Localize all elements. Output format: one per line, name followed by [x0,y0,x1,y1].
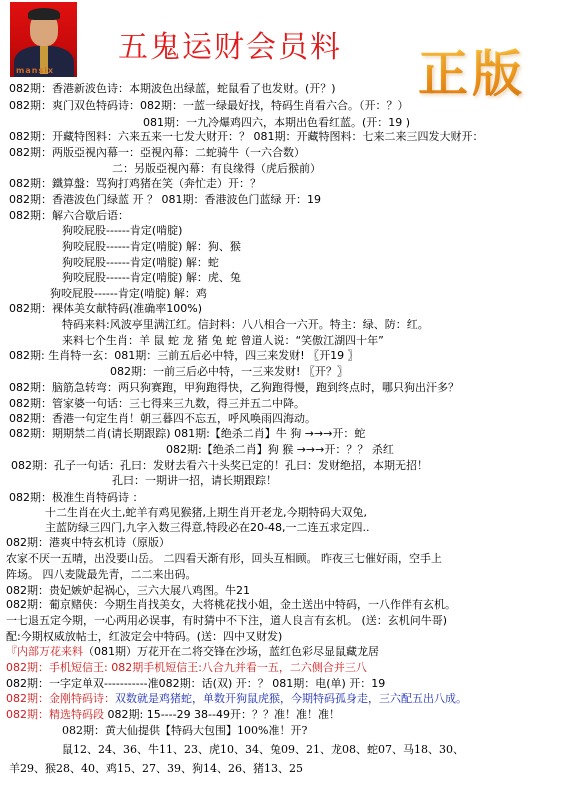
text-line: 082期：一前三后必中特，一三来发财! 〖开？〗 [110,365,348,379]
text-line: 孔曰：一期讲一招，请长期跟踪！ [112,474,277,488]
highlight-line: 『内部万花来料（081期）万花开在二将交锋在沙场，蓝红色彩尽显鼠藏龙居 [6,645,379,659]
highlight-line: 082期：一字定单双-----------准082期：话(双) 开：？ 081期… [6,677,385,691]
text-line: 十二生肖在火土,蛇羊有鸡见猴猪,上期生肖开老龙,今期特码大双兔, [45,506,367,520]
text-line: 082期：开藏特图料：六来五来一七发大财开：？ 081期：开藏特图料：七来二来三… [9,130,484,144]
avatar-hair [28,8,60,20]
text-line: 082期：两版亞視內幕一：亞視內幕：二蛇骑牛（一六合数） [9,146,305,160]
page-header: mansix 五鬼运财会员料 正版 [0,0,581,80]
avatar: mansix [10,2,77,77]
text-line: 一七退五定今期，一心两用必误事，有时猜中不下注，道人良言有玄机。 (送：玄机问牛… [6,614,447,628]
text-line: 082期：港爽中特玄机诗（原版） [6,536,170,550]
text-line: 狗咬屁股------肯定(啃腚) [62,224,182,238]
text-line: 082期:【绝杀二肖】狗 猴 →→→开：？？ 杀红 [166,443,394,457]
highlight-line-part: 082期：一字定单双-----------准082期：话(双) 开：？ 081期… [6,677,385,690]
text-line: 阵场。 四八麦陇最先青，二二来出码。 [6,568,197,582]
avatar-watermark: mansix [16,66,54,75]
authentic-badge: 正版 [418,34,526,106]
text-line: 082期：香港新波色诗：本期波色出绿蓝，蛇鼠看了也发财。(开？) [9,82,336,96]
hdx-row-2: 羊29、猴28、40、鸡15、27、39、狗14、26、猪13、25 [9,762,303,776]
highlight-line: 082期：手机短信王: 082期手机短信王:八合九并看一五，二六侧合并三八 [6,661,367,675]
text-line: 082期：爽门双色特码诗：082期：一蓝一绿最好找，特码生肖看六合。（开：？） [9,99,409,113]
text-line: 082期：孔子一句话：孔曰：发财去看六十头奖已定的！孔曰：发财绝招，本期无招！ [11,459,428,473]
text-line: 狗咬屁股------肯定(啃腚) 解：狗、猴 [62,240,241,254]
text-line: 082期：香港波色门绿蓝 开 ？ 081期：香港波色门蓝绿 开：19 [9,193,321,207]
hdx-heading: 082期：黄大仙提供【特码大包围】100%准！开? [62,724,307,738]
text-line: 配:今期权威放帖士，红波定会中特码。(送：四中又财发) [6,630,282,644]
highlight-line-part: 双数就是鸡猪蛇，单数开狗鼠虎猴，今期特码孤身走，三六配五出八成。 [115,692,467,705]
highlight-line-part: 082期: 15----29 38--49开：？？准！准！准！ [104,708,340,721]
text-line: 狗咬屁股------肯定(啃腚) 解：虎、兔 [62,271,241,285]
text-line: 081期：一九冷爆鸡四六，本期出色看红蓝。(开：19 ) [143,116,410,130]
text-line: 082期：脑筋急转弯：两只狗赛跑，甲狗跑得快，乙狗跑得慢，跑到终点时，哪只狗出汗… [9,381,459,395]
highlight-line-part: 『内部万花来料 [6,645,83,658]
text-line: 来料七个生肖：羊 鼠 蛇 龙 猪 兔 蛇 曾道人说：“笑傲江湖四十年” [62,334,384,348]
text-line: 狗咬屁股------肯定(啃腚) 解：鸡 [50,287,207,301]
text-line: 二：另版亞視內幕：有良缘得（虎后猴前） [112,162,321,176]
text-line: 082期：裸体美女献特码(准确率100%) [9,302,202,316]
text-line: 082期：期期禁二肖(请长期跟踪) 081期:【绝杀二肖】牛 狗 →→→开：蛇 [9,427,365,441]
highlight-line: 082期：精选特码段 082期: 15----29 38--49开：？？准！准！… [6,708,340,722]
highlight-line-part: （081期）万花开在二将交锋在沙场，蓝红色彩尽显鼠藏龙居 [83,645,379,658]
text-line: 082期：贵妃嫉妒起祸心，三六大展八鸡图。牛21 [6,584,250,598]
text-line: 082期：香港一句定生肖！朝三暮四不忘五，呼风唤雨四海动。 [9,412,316,426]
text-line: 农家不厌一五晴，出没要山岳。 二四看天渐有形，回头互相顾。 昨夜三七催好雨，空手… [6,552,442,566]
highlight-line-part: 082期：金刚特码诗： [6,692,115,705]
highlight-line: 082期：金刚特码诗：双数就是鸡猪蛇，单数开狗鼠虎猴，今期特码孤身走，三六配五出… [6,692,467,706]
page-title: 五鬼运财会员料 [118,22,342,66]
hdx-row-1: 鼠12、24、36、牛11、23、虎10、34、兔09、21、龙08、蛇07、马… [62,743,464,757]
text-line: 082期：管家婆一句话：三七得来三九数，得三并五二中降。 [9,397,305,411]
text-line: 082期：解六合歇后语： [9,209,129,223]
text-line: 082期：葡京赌侠：今期生肖找美女，大将桃花找小姐，金土送出中特码，一八作伴有玄… [6,598,456,612]
text-line: 主蓝防绿三四门,九字入数三得意,特段必在20-48,一二连五求定四.. [45,521,369,535]
text-line: 特码来料:风波亭里满江红。信封料：八八相合一六开。特主：绿、防：红。 [62,318,429,332]
text-line: 082期：鐵算盤：骂狗打鸡猪在笑（奔忙走）开：？ [9,177,261,191]
text-line: 082期: 生肖特一玄：081期：三前五后必中特，四三来发财! 〖开19 〗 [9,349,359,363]
text-line: 082期：极准生肖特码诗 ： [9,491,144,505]
highlight-line-part: 082期：手机短信王: 082期手机短信王:八合九并看一五，二六侧合并三八 [6,661,367,674]
highlight-line-part: 082期：精选特码段 [6,708,104,721]
text-line: 狗咬屁股------肯定(啃腚) 解：蛇 [62,256,219,270]
